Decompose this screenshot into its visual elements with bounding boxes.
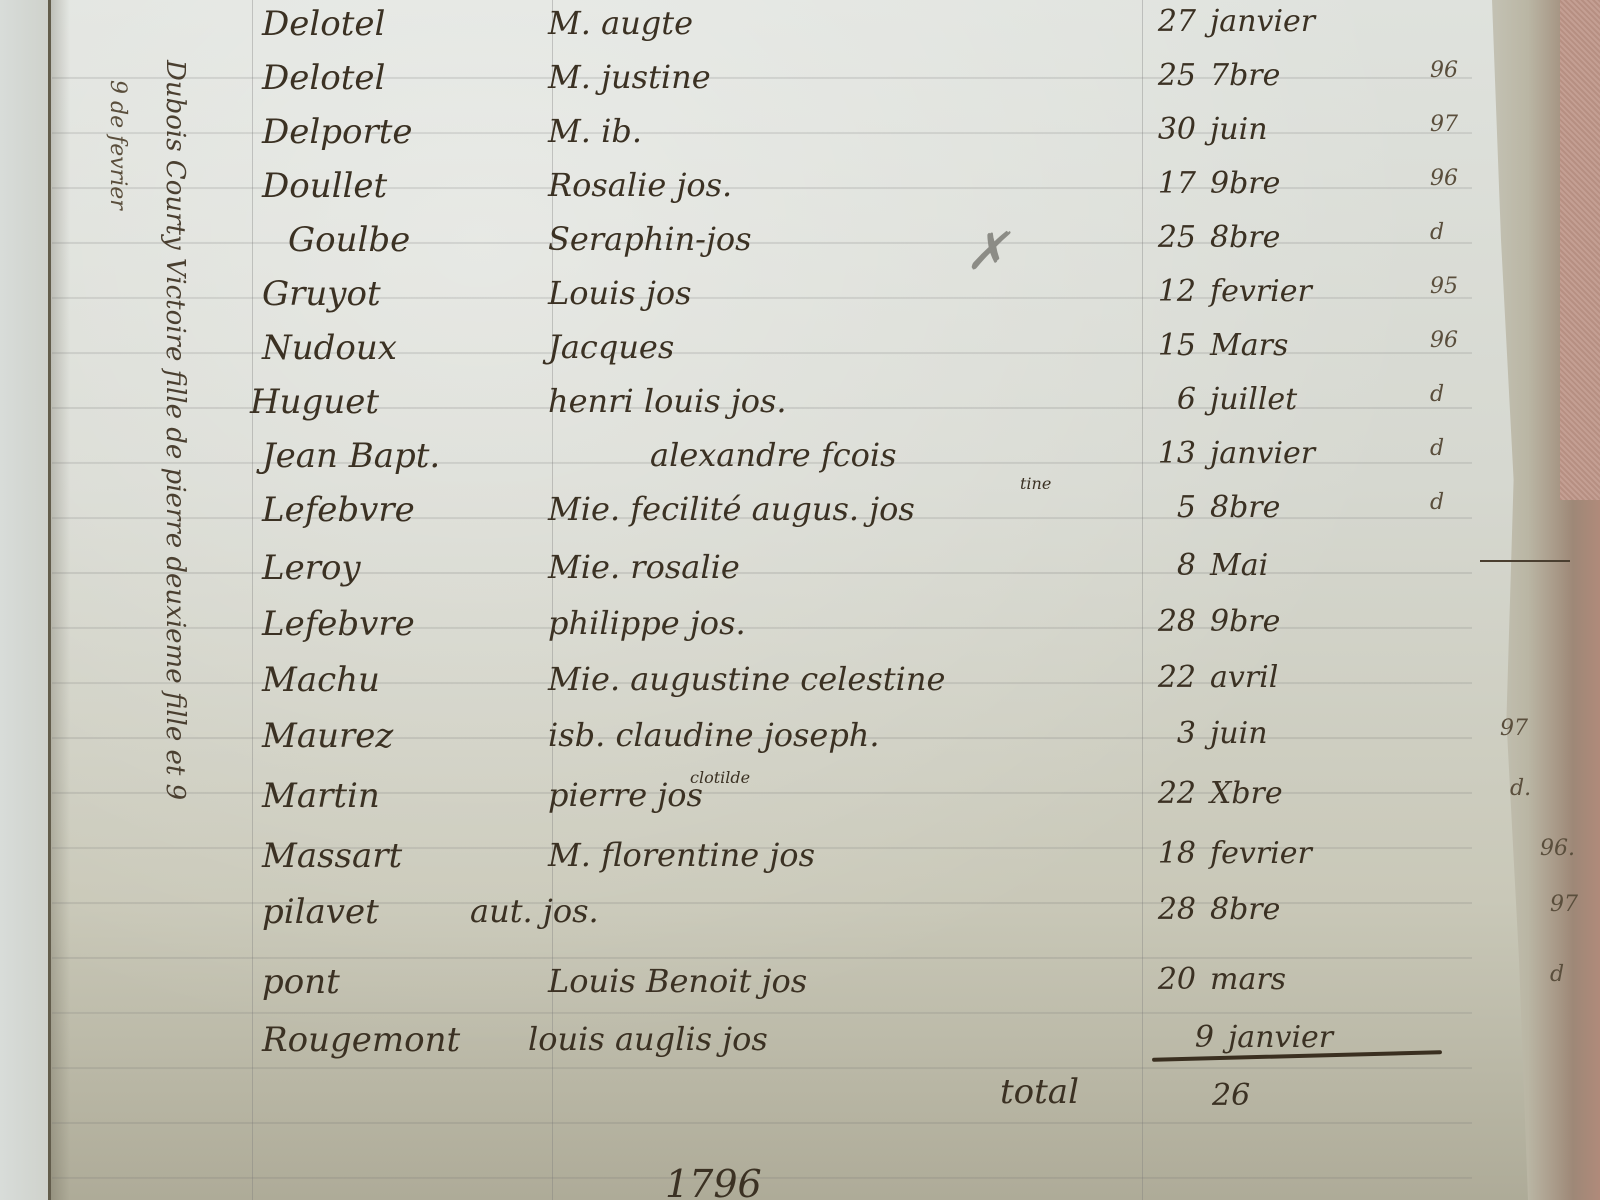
month: avril xyxy=(1210,660,1278,695)
given-names: M. augte xyxy=(548,4,693,42)
surname: Nudoux xyxy=(262,328,397,368)
month: juin xyxy=(1210,112,1268,147)
register-row: Nudoux Jacques 15 Mars 96 xyxy=(0,328,1600,382)
given-names: Jacques xyxy=(548,328,674,366)
day: 20 xyxy=(1150,962,1196,997)
register-row: Delotel M. augte 27 janvier xyxy=(0,4,1600,58)
given-names: aut. jos. xyxy=(470,892,599,930)
given-names: philippe jos. xyxy=(548,604,746,642)
year-note: d xyxy=(1550,962,1564,987)
surname: Leroy xyxy=(262,548,361,588)
year-note: d xyxy=(1430,220,1444,245)
surname: Goulbe xyxy=(288,220,410,260)
day: 30 xyxy=(1150,112,1196,147)
month: 9bre xyxy=(1210,604,1280,639)
surname: Maurez xyxy=(262,716,393,756)
given-names: Louis Benoit jos xyxy=(548,962,807,1000)
register-row: Lefebvre philippe jos. 28 9bre xyxy=(0,604,1600,658)
surname: pont xyxy=(262,962,340,1002)
surname: Lefebvre xyxy=(262,604,415,644)
given-names: Louis jos xyxy=(548,274,692,312)
footer-year: 1796 xyxy=(665,1162,762,1200)
year-note: d xyxy=(1430,436,1444,461)
month: fevrier xyxy=(1210,274,1312,309)
year-note: 96 xyxy=(1430,328,1458,353)
surname: Jean Bapt. xyxy=(262,436,440,476)
register-row: Machu Mie. augustine celestine 22 avril xyxy=(0,660,1600,714)
surname: Martin xyxy=(262,776,380,816)
day: 18 xyxy=(1150,836,1196,871)
register-row: Jean Bapt. alexandre fcois 13 janvier d xyxy=(0,436,1600,490)
given-names: M. florentine jos xyxy=(548,836,815,874)
total-label: total xyxy=(1000,1072,1079,1112)
register-row: Lefebvre Mie. fecilité augus. jos tine 5… xyxy=(0,490,1600,544)
given-superscript: clotilde xyxy=(690,768,750,787)
given-names: Mie. augustine celestine xyxy=(548,660,945,698)
surname: Delotel xyxy=(262,4,385,44)
year-note: d xyxy=(1430,490,1444,515)
register-row: Maurez isb. claudine joseph. 3 juin 97 xyxy=(0,716,1600,770)
register-row: pont Louis Benoit jos 20 mars d xyxy=(0,962,1600,1016)
register-row: Leroy Mie. rosalie 8 Mai xyxy=(0,548,1600,602)
register-row: Huguet henri louis jos. 6 juillet d xyxy=(0,382,1600,436)
given-names: M. justine xyxy=(548,58,711,96)
year-note: 97 xyxy=(1550,892,1578,917)
year-note: 96 xyxy=(1430,166,1458,191)
day: 25 xyxy=(1150,220,1196,255)
given-names: Seraphin-jos xyxy=(548,220,752,258)
register-row: Delotel M. justine 25 7bre 96 xyxy=(0,58,1600,112)
given-names: Mie. rosalie xyxy=(548,548,740,586)
given-names: Mie. fecilité augus. jos xyxy=(548,490,915,528)
given-names: isb. claudine joseph. xyxy=(548,716,880,754)
year-note: 97 xyxy=(1500,716,1528,741)
day: 3 xyxy=(1150,716,1196,751)
given-names: alexandre fcois xyxy=(650,436,897,474)
given-names: louis auglis jos xyxy=(528,1020,768,1058)
day: 9 xyxy=(1168,1020,1214,1055)
day: 28 xyxy=(1150,892,1196,927)
day: 15 xyxy=(1150,328,1196,363)
register-row: Massart M. florentine jos 18 fevrier 96. xyxy=(0,836,1600,890)
surname: Delotel xyxy=(262,58,385,98)
month: janvier xyxy=(1228,1020,1333,1055)
surname: Gruyot xyxy=(262,274,381,314)
given-names: Rosalie jos. xyxy=(548,166,732,204)
day: 13 xyxy=(1150,436,1196,471)
day: 22 xyxy=(1150,776,1196,811)
day: 25 xyxy=(1150,58,1196,93)
month: 9bre xyxy=(1210,166,1280,201)
year-note: 96. xyxy=(1540,836,1575,861)
month: Mars xyxy=(1210,328,1288,363)
register-row: Doullet Rosalie jos. 17 9bre 96 xyxy=(0,166,1600,220)
day: 28 xyxy=(1150,604,1196,639)
month: 8bre xyxy=(1210,220,1280,255)
month: 8bre xyxy=(1210,490,1280,525)
day: 22 xyxy=(1150,660,1196,695)
register-row: Rougemont louis auglis jos 9 janvier xyxy=(0,1020,1600,1074)
surname: Huguet xyxy=(250,382,379,422)
year-note: 95 xyxy=(1430,274,1458,299)
given-superscript: tine xyxy=(1020,474,1051,493)
surname: Doullet xyxy=(262,166,387,206)
surname: Delporte xyxy=(262,112,413,152)
day: 12 xyxy=(1150,274,1196,309)
given-names: pierre jos xyxy=(548,776,703,814)
day: 17 xyxy=(1150,166,1196,201)
year-note: 97 xyxy=(1430,112,1458,137)
month: fevrier xyxy=(1210,836,1312,871)
year-note: d. xyxy=(1510,776,1531,801)
register-row: Goulbe Seraphin-jos 25 8bre d xyxy=(0,220,1600,274)
month: janvier xyxy=(1210,436,1315,471)
day: 27 xyxy=(1150,4,1196,39)
month: juillet xyxy=(1210,382,1297,417)
month: 7bre xyxy=(1210,58,1280,93)
month: 8bre xyxy=(1210,892,1280,927)
year-note: d xyxy=(1430,382,1444,407)
surname: Machu xyxy=(262,660,380,700)
surname: Lefebvre xyxy=(262,490,415,530)
given-names: M. ib. xyxy=(548,112,642,150)
year-note: 96 xyxy=(1430,58,1458,83)
given-names: henri louis jos. xyxy=(548,382,787,420)
month: Xbre xyxy=(1210,776,1283,811)
day: 6 xyxy=(1150,382,1196,417)
register-row: Delporte M. ib. 30 juin 97 xyxy=(0,112,1600,166)
section-divider-rule xyxy=(1480,560,1570,562)
register-row: Martin pierre jos clotilde 22 Xbre d. xyxy=(0,776,1600,830)
surname: Massart xyxy=(262,836,402,876)
register-row: pilavet aut. jos. 28 8bre 97 xyxy=(0,892,1600,946)
day: 8 xyxy=(1150,548,1196,583)
month: janvier xyxy=(1210,4,1315,39)
month: mars xyxy=(1210,962,1286,997)
month: Mai xyxy=(1210,548,1268,583)
day: 5 xyxy=(1150,490,1196,525)
surname: pilavet xyxy=(262,892,379,932)
month: juin xyxy=(1210,716,1268,751)
register-row: Gruyot Louis jos 12 fevrier 95 xyxy=(0,274,1600,328)
total-value: 26 xyxy=(1212,1078,1250,1113)
surname: Rougemont xyxy=(262,1020,460,1060)
